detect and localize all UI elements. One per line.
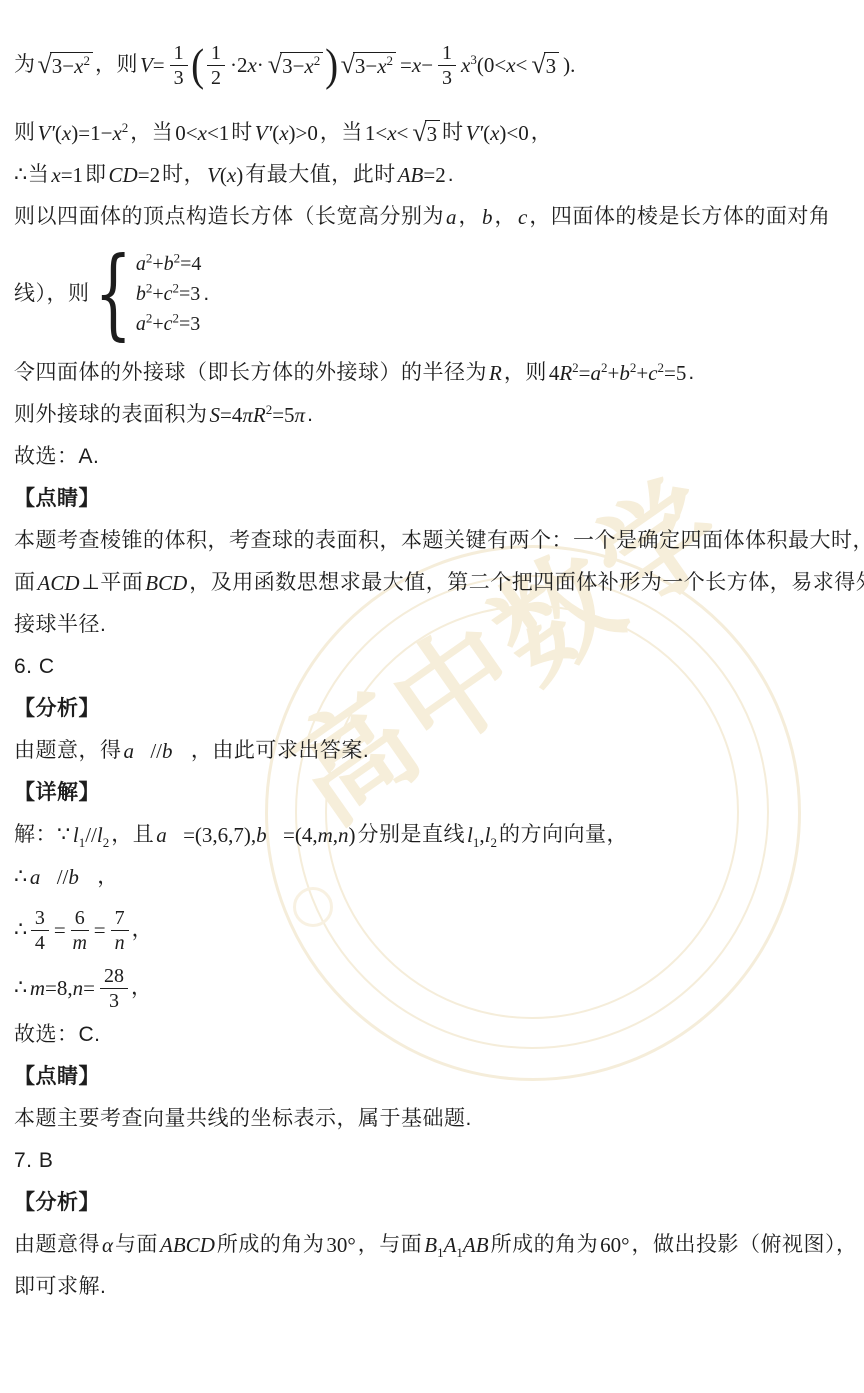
text-run: 分别是直线: [358, 820, 466, 850]
document-page: 高中数学 为√3−x2，则V=13(12·2x·√3−x2)√3−x2=x−13…: [0, 0, 864, 1393]
text-run: ，做出投影（俯视图），: [631, 1230, 857, 1260]
text-run: 的方向向量，: [499, 820, 628, 850]
math-run: l1,l2: [465, 820, 499, 850]
text-run: .: [448, 160, 454, 190]
text-run: ，与面: [358, 1230, 423, 1260]
fraction: 7n: [111, 907, 129, 954]
math-run: a⃗=(3,6,7),b⃗=(4,m,n): [154, 820, 357, 850]
text-run: 【分析】: [14, 694, 100, 724]
text-run: 6. C: [14, 652, 55, 682]
math-run: a⃗//b⃗: [28, 862, 97, 892]
math-run: x3(0<x<: [459, 50, 529, 80]
math-run: V′(x)>0: [253, 118, 320, 148]
math-run: R: [487, 358, 504, 388]
text-run: ∴: [14, 973, 28, 1003]
fraction-denominator: 4: [35, 931, 45, 954]
fraction: 12: [207, 42, 225, 89]
fraction-numerator: 28: [100, 965, 128, 989]
text-run: 【详解】: [14, 778, 100, 808]
text-run: .: [688, 358, 694, 388]
cases-row: a2+c2=3: [136, 312, 202, 336]
text-run: 令四面体的外接球（即长方体的外接球）的半径为: [14, 358, 487, 388]
math-run: 60°: [598, 1230, 631, 1260]
text-run: ，当: [320, 118, 363, 148]
fraction-numerator: 6: [71, 907, 89, 931]
radicand: 3−x2: [353, 52, 396, 78]
fraction-denominator: 3: [109, 989, 119, 1012]
cases-rows: a2+b2=4b2+c2=3a2+c2=3: [136, 252, 202, 336]
doc-line: 故选：A.: [14, 442, 850, 472]
cases-system: {a2+b2=4b2+c2=3a2+c2=3: [92, 249, 202, 339]
doc-line: ∴m=8,n=283，: [14, 962, 850, 1014]
math-run: =: [52, 915, 68, 945]
big-paren-close: ): [325, 37, 338, 93]
text-run: ，由此可求出答案.: [191, 736, 369, 766]
text-run: 为: [14, 50, 36, 80]
doc-line: 为√3−x2，则V=13(12·2x·√3−x2)√3−x2=x−13x3(0<…: [14, 32, 850, 98]
text-run: ，: [97, 862, 119, 892]
doc-line: 解：∵l1//l2，且a⃗=(3,6,7),b⃗=(4,m,n)分别是直线l1,…: [14, 820, 850, 850]
text-run: ，四面体的棱是长方体的面对角: [529, 202, 830, 232]
radical-expression: √3−x2: [38, 52, 93, 78]
doc-line: ∴a⃗//b⃗，: [14, 862, 850, 892]
doc-line: 即可求解.: [14, 1272, 850, 1302]
radical-expression: √3−x2: [341, 52, 396, 78]
doc-line: 由题意得α与面ABCD所成的角为30°，与面B1A1AB所成的角为60°，做出投…: [14, 1230, 850, 1260]
radical-expression: √3−x2: [268, 52, 323, 78]
text-run: 时: [231, 118, 253, 148]
text-run: 时: [442, 118, 464, 148]
doc-line: 本题考查棱锥的体积，考查球的表面积，本题关键有两个：一个是确定四面体体积最大时，…: [14, 526, 850, 556]
text-run: .: [203, 279, 209, 309]
text-run: 本题考查棱锥的体积，考查球的表面积，本题关键有两个：一个是确定四面体体积最大时，…: [14, 526, 864, 556]
text-run: 则外接球的表面积为: [14, 400, 208, 430]
fraction-denominator: 3: [174, 66, 184, 89]
fraction-numerator: 3: [31, 907, 49, 931]
text-run: 时，: [162, 160, 205, 190]
doc-line: 则V′(x)=1−x2，当0<x<1时V′(x)>0，当1<x<√3时V′(x)…: [14, 118, 850, 148]
fraction-numerator: 1: [207, 42, 225, 66]
doc-line: ∴当x=1即CD=2时，V(x)有最大值，此时AB=2.: [14, 160, 850, 190]
big-paren-open: (: [191, 37, 204, 93]
fraction-denominator: m: [72, 931, 86, 954]
math-run: 1<x<: [363, 118, 411, 148]
fraction: 13: [438, 42, 456, 89]
radicand: 3−x2: [50, 52, 93, 78]
text-run: 【点睛】: [14, 1062, 100, 1092]
doc-line: 接球半径.: [14, 610, 850, 640]
radical-expression: √3: [412, 120, 440, 146]
text-run: ，: [132, 915, 154, 945]
cases-row: a2+b2=4: [136, 252, 202, 276]
math-run: =: [92, 915, 108, 945]
doc-line: 则外接球的表面积为S=4πR2=5π.: [14, 400, 850, 430]
math-run: b: [480, 202, 495, 232]
text-run: 故选：C.: [14, 1020, 101, 1050]
radicand: 3: [544, 52, 560, 78]
doc-line: ∴34=6m=7n，: [14, 904, 850, 956]
text-run: 所成的角为: [491, 1230, 599, 1260]
math-run: V′(x)<0: [464, 118, 531, 148]
text-run: ，: [459, 202, 481, 232]
fraction: 13: [170, 42, 188, 89]
text-run: ，当: [130, 118, 173, 148]
doc-line: 令四面体的外接球（即长方体的外接球）的半径为R，则4R2=a2+b2+c2=5.: [14, 358, 850, 388]
math-run: ACD: [36, 568, 82, 598]
text-run: ∴当: [14, 160, 49, 190]
text-run: 面: [14, 568, 36, 598]
text-run: 本题主要考查向量共线的坐标表示，属于基础题.: [14, 1104, 472, 1134]
text-run: 解：∵: [14, 820, 71, 850]
fraction: 283: [100, 965, 128, 1012]
text-run: 有最大值，此时: [245, 160, 396, 190]
doc-line: 7. B: [14, 1146, 850, 1176]
doc-line: 【点睛】: [14, 484, 850, 514]
math-run: α: [100, 1230, 115, 1260]
text-run: 所成的角为: [217, 1230, 325, 1260]
text-run: 【分析】: [14, 1188, 100, 1218]
text-run: 7. B: [14, 1146, 53, 1176]
math-run: c: [516, 202, 529, 232]
fraction-denominator: 3: [442, 66, 452, 89]
math-run: S=4πR2=5π: [208, 400, 308, 430]
doc-line: 本题主要考查向量共线的坐标表示，属于基础题.: [14, 1104, 850, 1134]
radicand: 3: [425, 120, 441, 146]
fraction: 34: [31, 907, 49, 954]
text-run: 与面: [115, 1230, 158, 1260]
doc-line: 【分析】: [14, 1188, 850, 1218]
document-lines: 为√3−x2，则V=13(12·2x·√3−x2)√3−x2=x−13x3(0<…: [0, 0, 864, 1302]
math-run: m=8,n=: [28, 973, 97, 1003]
text-run: ，及用函数思想求最大值，第二个把四面体补形为一个长方体，易求得外: [189, 568, 864, 598]
text-run: ⊥平面: [82, 568, 144, 598]
doc-line: 则以四面体的顶点构造长方体（长宽高分别为a，b，c，四面体的棱是长方体的面对角: [14, 202, 850, 232]
fraction-numerator: 7: [111, 907, 129, 931]
text-run: .: [307, 400, 313, 430]
math-run: V′(x)=1−x2: [36, 118, 131, 148]
text-run: 由题意得: [14, 1230, 100, 1260]
doc-line: 线），则{a2+b2=4b2+c2=3a2+c2=3.: [14, 244, 850, 344]
text-run: ，: [531, 118, 553, 148]
text-run: 【点睛】: [14, 484, 100, 514]
text-run: 由题意，得: [14, 736, 122, 766]
math-run: l1//l2: [71, 820, 111, 850]
doc-line: 【分析】: [14, 694, 850, 724]
brace-icon: {: [94, 249, 131, 339]
fraction-denominator: 2: [211, 66, 221, 89]
text-run: ，: [495, 202, 517, 232]
fraction-numerator: 1: [438, 42, 456, 66]
text-run: ，: [131, 973, 153, 1003]
math-run: BCD: [143, 568, 189, 598]
text-run: ，则: [504, 358, 547, 388]
text-run: 线），则: [14, 279, 90, 309]
text-run: 接球半径.: [14, 610, 106, 640]
text-run: 即可求解.: [14, 1272, 106, 1302]
doc-line: 【点睛】: [14, 1062, 850, 1092]
text-run: ∴: [14, 862, 28, 892]
math-run: V(x): [205, 160, 245, 190]
doc-line: 故选：C.: [14, 1020, 850, 1050]
math-run: CD=2: [107, 160, 163, 190]
text-run: ，则: [95, 50, 138, 80]
math-run: x=1: [49, 160, 85, 190]
math-run: a⃗//b⃗: [122, 736, 191, 766]
fraction-denominator: n: [115, 931, 125, 954]
math-run: ·2x·: [228, 50, 266, 80]
doc-line: 【详解】: [14, 778, 850, 808]
text-run: ∴: [14, 915, 28, 945]
radical-expression: √3: [531, 52, 559, 78]
radicand: 3−x2: [280, 52, 323, 78]
doc-line: 面ACD⊥平面BCD，及用函数思想求最大值，第二个把四面体补形为一个长方体，易求…: [14, 568, 850, 598]
fraction-numerator: 1: [170, 42, 188, 66]
text-run: 故选：A.: [14, 442, 99, 472]
text-run: 则以四面体的顶点构造长方体（长宽高分别为: [14, 202, 444, 232]
math-run: B1A1AB: [422, 1230, 490, 1260]
math-run: =x−: [398, 50, 435, 80]
math-run: a: [444, 202, 459, 232]
text-run: ，且: [111, 820, 154, 850]
math-run: ).: [561, 50, 577, 80]
fraction: 6m: [71, 907, 89, 954]
cases-row: b2+c2=3: [136, 282, 202, 306]
doc-line: 由题意，得a⃗//b⃗，由此可求出答案.: [14, 736, 850, 766]
text-run: 即: [85, 160, 107, 190]
math-run: AB=2: [396, 160, 448, 190]
text-run: 则: [14, 118, 36, 148]
math-run: 0<x<1: [173, 118, 231, 148]
math-run: V=: [138, 50, 167, 80]
math-run: ABCD: [158, 1230, 217, 1260]
math-run: 30°: [324, 1230, 357, 1260]
doc-line: 6. C: [14, 652, 850, 682]
math-run: 4R2=a2+b2+c2=5: [547, 358, 689, 388]
